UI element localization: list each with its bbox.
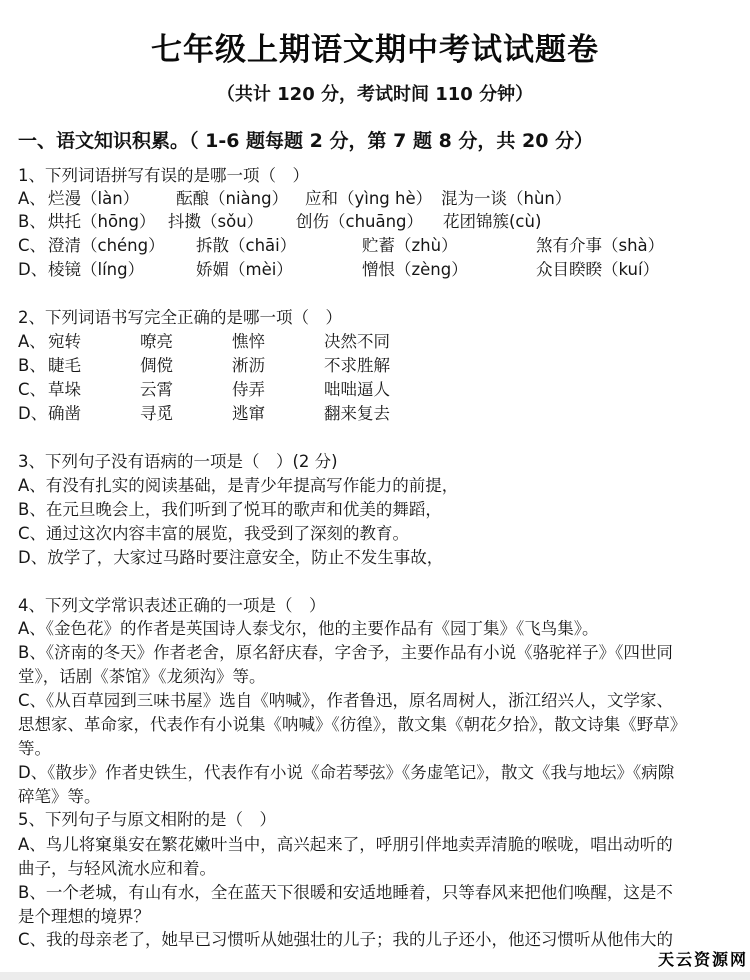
option-letter: A、	[18, 331, 46, 353]
option-item: 烘托（hōng）	[48, 211, 155, 233]
option-letter: C、	[18, 379, 46, 401]
section-1-heading: 一、语文知识积累。（ 1-6 题每题 2 分，第 7 题 8 分，共 20 分）	[18, 126, 593, 153]
option-item: 棱镜（líng）	[48, 259, 144, 281]
page-bottom-edge	[0, 972, 750, 980]
option-item: 烂漫（làn）	[48, 188, 139, 210]
exam-title: 七年级上期语文期中考试试题卷	[0, 24, 750, 69]
q2-stem: 2、下列词语书写完全正确的是哪一项（ ）	[18, 307, 342, 329]
option-item: 逃窜	[232, 403, 265, 425]
q4-stem: 4、下列文学常识表述正确的一项是（ ）	[18, 595, 326, 617]
option-item: 翻来复去	[324, 403, 390, 425]
option-item: 草垛	[48, 379, 81, 401]
option-item: 抖擞（sǒu）	[168, 211, 263, 233]
option-letter: D、	[18, 259, 47, 281]
q5-stem: 5、下列句子与原文相附的是（ ）	[18, 809, 276, 831]
q3-option-c: C、通过这次内容丰富的展览，我受到了深刻的教育。	[18, 523, 409, 545]
q3-option-a: A、有没有扎实的阅读基础，是青少年提高写作能力的前提，	[18, 475, 458, 497]
option-item: 澄清（chéng）	[48, 235, 165, 257]
option-item: 创伤（chuāng）	[296, 211, 423, 233]
exam-subtitle: （共计 120 分，考试时间 110 分钟）	[0, 80, 750, 106]
option-item: 花团锦簇(cù)	[443, 211, 541, 233]
option-item: 憎恨（zèng）	[362, 259, 468, 281]
option-item: 寻觅	[140, 403, 173, 425]
option-item: 嘹亮	[140, 331, 173, 353]
option-item: 云霄	[140, 379, 173, 401]
option-item: 众目睽睽（kuí）	[536, 259, 659, 281]
option-letter: D、	[18, 403, 47, 425]
option-item: 侍弄	[232, 379, 265, 401]
q4-option-d-cont: 碎笔》等。	[18, 786, 101, 808]
option-letter: B、	[18, 211, 46, 233]
option-item: 倜傥	[140, 355, 173, 377]
watermark-logo: 天云资源网	[658, 947, 748, 970]
q4-option-b: B、《济南的冬天》作者老舍，原名舒庆春，字舍予，主要作品有小说《骆驼祥子》《四世…	[18, 642, 673, 664]
option-letter: C、	[18, 235, 46, 257]
q5-option-b: B、一个老城，有山有水，全在蓝天下很暖和安适地睡着，只等春风来把他们唤醒，这是不	[18, 882, 673, 904]
q4-option-b-cont: 堂》，话剧《茶馆》《龙须沟》等。	[18, 666, 266, 688]
q5-option-a: A、鸟儿将窠巢安在繁花嫩叶当中，高兴起来了，呼朋引伴地卖弄清脆的喉咙，唱出动听的	[18, 834, 673, 856]
exam-page: 七年级上期语文期中考试试题卷 （共计 120 分，考试时间 110 分钟） 一、…	[0, 0, 750, 980]
option-item: 应和（yìng hè）	[305, 188, 432, 210]
option-item: 煞有介事（shà）	[536, 235, 664, 257]
option-letter: A、	[18, 188, 46, 210]
q5-option-c: C、我的母亲老了，她早已习惯听从她强壮的儿子；我的儿子还小，他还习惯听从他伟大的	[18, 929, 673, 951]
option-item: 决然不同	[324, 331, 390, 353]
q5-option-b-cont: 是个理想的境界？	[18, 906, 150, 928]
q4-option-c-cont: 思想家、革命家，代表作有小说集《呐喊》《彷徨》，散文集《朝花夕拾》，散文诗集《野…	[18, 714, 686, 736]
q3-option-d: D、放学了，大家过马路时要注意安全，防止不发生事故，	[18, 547, 443, 569]
option-item: 淅沥	[232, 355, 265, 377]
option-item: 拆散（chāi）	[196, 235, 296, 257]
option-item: 睫毛	[48, 355, 81, 377]
q3-option-b: B、在元旦晚会上，我们听到了悦耳的歌声和优美的舞蹈，	[18, 499, 442, 521]
option-item: 娇媚（mèi）	[196, 259, 293, 281]
option-item: 酝酿（niàng）	[176, 188, 288, 210]
option-item: 宛转	[48, 331, 81, 353]
q5-option-a-cont: 曲子，与轻风流水应和着。	[18, 858, 216, 880]
option-item: 憔悴	[232, 331, 265, 353]
q4-option-a: A、《金色花》的作者是英国诗人泰戈尔，他的主要作品有《园丁集》《飞鸟集》。	[18, 618, 599, 640]
q3-stem: 3、下列句子没有语病的一项是（ ）(2 分)	[18, 451, 338, 473]
option-item: 混为一谈（hùn）	[441, 188, 571, 210]
q1-stem: 1、下列词语拼写有误的是哪一项（ ）	[18, 165, 309, 187]
option-item: 不求胜解	[324, 355, 390, 377]
option-item: 确凿	[48, 403, 81, 425]
option-letter: B、	[18, 355, 46, 377]
q4-option-c: C、《从百草园到三味书屋》选自《呐喊》，作者鲁迅，原名周树人，浙江绍兴人，文学家…	[18, 690, 673, 712]
q4-option-c-cont2: 等。	[18, 738, 51, 760]
option-item: 贮蓄（zhù）	[362, 235, 458, 257]
option-item: 咄咄逼人	[324, 379, 390, 401]
q4-option-d: D、《散步》作者史铁生，代表作有小说《命若琴弦》《务虚笔记》，散文《我与地坛》《…	[18, 762, 674, 784]
